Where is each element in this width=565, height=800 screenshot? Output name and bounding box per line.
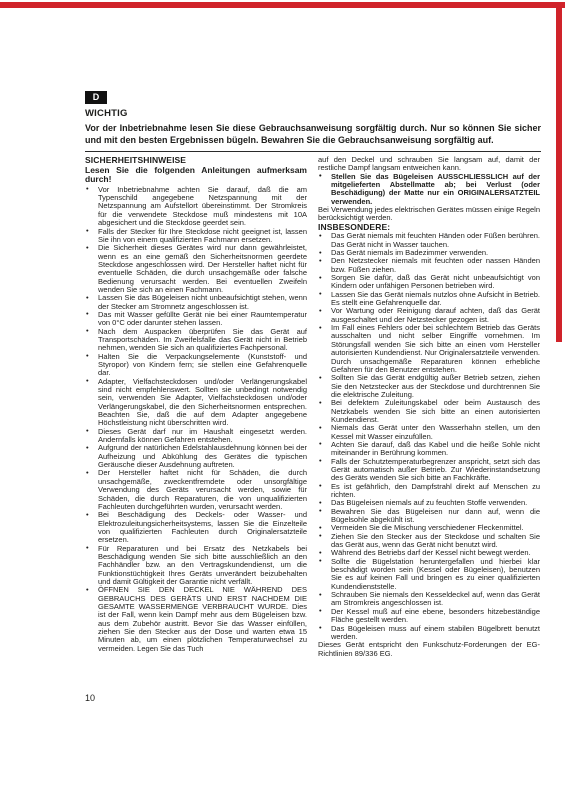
page-title: WICHTIG xyxy=(85,108,541,119)
list-item: Bei defektem Zuleitungskabel oder beim A… xyxy=(318,399,540,424)
list-item: Vor Wartung oder Reinigung darauf achten… xyxy=(318,307,540,324)
list-item: ÖFFNEN SIE DEN DECKEL NIE WÄHREND DES GE… xyxy=(85,586,307,653)
red-accent-bar-top xyxy=(0,2,565,8)
compliance-paragraph: Dieses Gerät entspricht den Funkschutz-F… xyxy=(318,641,540,658)
safety-subheading: Lesen Sie die folgenden Anleitungen aufm… xyxy=(85,166,307,185)
list-item: Das mit Wasser gefüllte Gerät nie bei ei… xyxy=(85,311,307,328)
list-item: Falls der Schutztemperaturbegrenzer ansp… xyxy=(318,458,540,483)
list-item: Ziehen Sie den Stecker aus der Steckdose… xyxy=(318,533,540,550)
list-item: Für Reparaturen und bei Ersatz des Netzk… xyxy=(85,545,307,587)
red-accent-bar-right xyxy=(556,2,562,342)
insbesondere-bullet-list: Das Gerät niemals mit feuchten Händen od… xyxy=(318,232,540,641)
list-item: Bei Beschädigung des Deckels- oder Wasse… xyxy=(85,511,307,544)
list-item: Sollte die Bügelstation heruntergefallen… xyxy=(318,558,540,591)
list-item: Aufgrund der natürlichen Edelstahlausdeh… xyxy=(85,444,307,469)
list-item: Lassen Sie das Gerät niemals nutzlos ohn… xyxy=(318,291,540,308)
list-item: Im Fall eines Fehlers oder bei schlechte… xyxy=(318,324,540,374)
list-item: Das Gerät niemals mit feuchten Händen od… xyxy=(318,232,540,249)
rules-paragraph: Bei Verwendung jedes elektrischen Geräte… xyxy=(318,206,540,223)
list-item: Der Hersteller haftet nicht für Schäden,… xyxy=(85,469,307,511)
section-divider xyxy=(85,151,541,152)
bold-bullet-list: Stellen Sie das Bügeleisen AUSSCHLIESSLI… xyxy=(318,173,540,206)
list-item: Lassen Sie das Bügeleisen nicht unbeaufs… xyxy=(85,294,307,311)
list-item: Adapter, Vielfachsteckdosen und/oder Ver… xyxy=(85,378,307,428)
list-item: Bewahren Sie das Bügeleisen nur dann auf… xyxy=(318,508,540,525)
list-item: Sollten Sie das Gerät endgültig außer Be… xyxy=(318,374,540,399)
list-item: Halten Sie die Verpackungselemente (Kuns… xyxy=(85,353,307,378)
left-column: SICHERHEITSHINWEISE Lesen Sie die folgen… xyxy=(85,156,307,658)
intro-paragraph: Vor der Inbetriebnahme lesen Sie diese G… xyxy=(85,122,541,146)
list-item: Sorgen Sie dafür, daß das Gerät nicht un… xyxy=(318,274,540,291)
list-item: Nach dem Auspacken überprüfen Sie das Ge… xyxy=(85,328,307,353)
continuation-paragraph: auf den Deckel und schrauben Sie langsam… xyxy=(318,156,540,173)
right-column: auf den Deckel und schrauben Sie langsam… xyxy=(318,156,540,658)
list-item: Dieses Gerät darf nur im Haushalt einges… xyxy=(85,428,307,445)
list-item: Schrauben Sie niemals den Kesseldeckel a… xyxy=(318,591,540,608)
manual-page: D WICHTIG Vor der Inbetriebnahme lesen S… xyxy=(85,87,541,658)
page-number: 10 xyxy=(85,693,95,703)
list-item: Achten Sie darauf, daß das Kabel und die… xyxy=(318,441,540,458)
list-item: Den Netzstecker niemals mit feuchten ode… xyxy=(318,257,540,274)
list-item: Niemals das Gerät unter den Wasserhahn s… xyxy=(318,424,540,441)
list-item: Das Bügeleisen muss auf einem stabilen B… xyxy=(318,625,540,642)
list-item: Der Kessel muß auf eine ebene, besonders… xyxy=(318,608,540,625)
list-item: Falls der Stecker für Ihre Steckdose nic… xyxy=(85,228,307,245)
language-badge: D xyxy=(85,91,107,104)
list-item: Es ist gefährlich, den Dampfstrahl direk… xyxy=(318,483,540,500)
two-column-body: SICHERHEITSHINWEISE Lesen Sie die folgen… xyxy=(85,156,541,658)
list-item: Die Sicherheit dieses Gerätes wird nur d… xyxy=(85,244,307,294)
list-item: Vor Inbetriebnahme achten Sie darauf, da… xyxy=(85,186,307,228)
list-item: Stellen Sie das Bügeleisen AUSSCHLIESSLI… xyxy=(318,173,540,206)
safety-bullet-list: Vor Inbetriebnahme achten Sie darauf, da… xyxy=(85,186,307,653)
